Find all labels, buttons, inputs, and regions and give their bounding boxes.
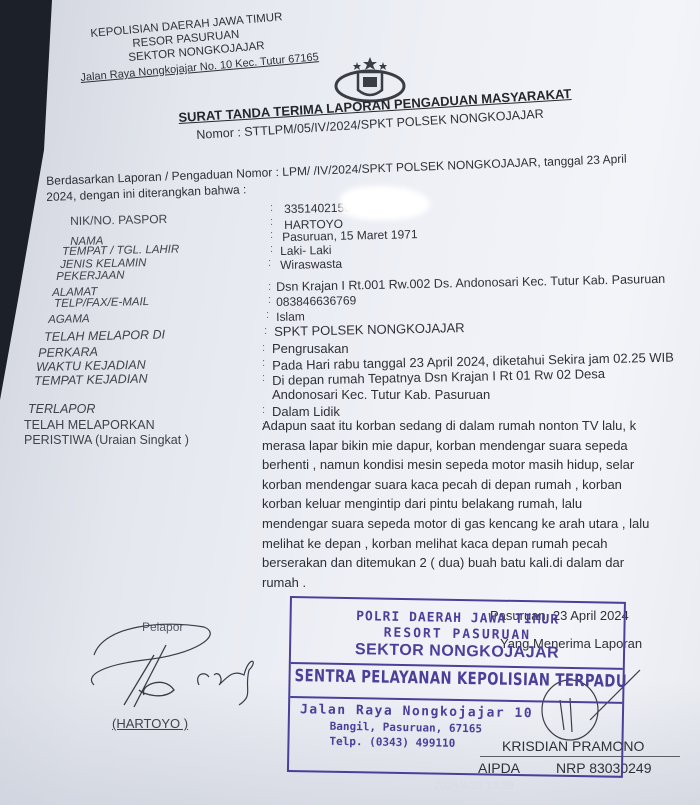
reporter-signature bbox=[84, 615, 284, 715]
stamp-line5: Jalan Raya Nongkojajar 10 bbox=[300, 702, 533, 721]
label-jenis-kelamin: JENIS KELAMIN bbox=[60, 257, 147, 271]
narrative-block: Adapun saat itu korban sedang di dalam r… bbox=[262, 416, 649, 592]
label-tempat-kejadian: TEMPAT KEJADIAN bbox=[34, 372, 148, 388]
colon: : bbox=[270, 216, 273, 228]
stamp-line4: SENTRA PELAYANAN KEPOLISIAN TERPADU bbox=[294, 666, 627, 692]
label-telah-melapor: TELAH MELAPOR DI bbox=[44, 327, 165, 344]
value-alamat: Dsn Krajan I Rt.001 Rw.002 Ds. Andonosar… bbox=[276, 272, 665, 294]
label-pekerjaan: PEKERJAAN bbox=[56, 270, 125, 283]
narrative-line: korban mendengar suara kaca pecah di dep… bbox=[262, 475, 649, 495]
narrative-line: rumah . bbox=[262, 573, 649, 593]
label-agama: AGAMA bbox=[48, 313, 90, 326]
value-jenis-kelamin: Laki- Laki bbox=[280, 243, 332, 258]
value-pekerjaan: Wiraswasta bbox=[280, 257, 342, 272]
narrative-line: mendengar suara sepeda motor di gas kenc… bbox=[262, 514, 649, 534]
stamp-line7: Telp. (0343) 499110 bbox=[329, 735, 455, 750]
value-telah-melapor: SPKT POLSEK NONGKOJAJAR bbox=[274, 320, 465, 339]
photo-timestamp-watermark: 2024/4/23 13:29 bbox=[434, 780, 514, 792]
narrative-line: melihat ke depan , korban melihat kaca d… bbox=[262, 534, 649, 554]
colon: : bbox=[262, 342, 265, 354]
official-stamp: POLRI DAERAH JAWA TIMUR RESORT PASURUAN … bbox=[287, 596, 626, 778]
label-telp: TELP/FAX/E-MAIL bbox=[54, 296, 149, 310]
label-telah-melaporkan: TELAH MELAPORKAN bbox=[24, 418, 155, 432]
colon: : bbox=[262, 404, 265, 416]
value-telp: 083846636769 bbox=[276, 293, 356, 309]
colon: : bbox=[268, 294, 271, 306]
value-agama: Islam bbox=[276, 309, 305, 324]
label-tempat-tgl-lahir: TEMPAT / TGL. LAHIR bbox=[62, 244, 179, 258]
colon: : bbox=[262, 372, 265, 384]
label-terlapor: TERLAPOR bbox=[28, 402, 95, 416]
colon: : bbox=[270, 243, 273, 255]
redaction-mark bbox=[340, 186, 430, 220]
colon: : bbox=[270, 229, 273, 241]
value-tempat-kejadian-2: Andonosari Kec. Tutur Kab. Pasuruan bbox=[272, 387, 490, 402]
narrative-line: korban keluar mengintip dari pintu belak… bbox=[262, 494, 649, 514]
narrative-line: berserakan dan ditemukan 2 ( dua) buah b… bbox=[262, 553, 649, 573]
label-perkara: PERKARA bbox=[38, 345, 98, 360]
colon: : bbox=[268, 257, 271, 269]
narrative-line: berhenti , namun kondisi mesin sepeda mo… bbox=[262, 455, 649, 475]
police-report-document: KEPOLISIAN DAERAH JAWA TIMUR RESOR PASUR… bbox=[0, 0, 700, 805]
colon: : bbox=[268, 281, 271, 293]
reporter-name: (HARTOYO ) bbox=[112, 716, 188, 731]
colon: : bbox=[266, 309, 269, 321]
colon: : bbox=[264, 325, 267, 337]
colon: : bbox=[270, 202, 273, 214]
narrative-line: merasa lapar bikin mie dapur, korban men… bbox=[262, 436, 649, 456]
value-tempat-tgl-lahir: Pasuruan, 15 Maret 1971 bbox=[282, 227, 418, 244]
colon: : bbox=[262, 357, 265, 369]
intro-line1: Berdasarkan Laporan / Pengaduan Nomor : … bbox=[46, 152, 627, 188]
value-perkara: Pengrusakan bbox=[272, 341, 349, 356]
narrative-line: Adapun saat itu korban sedang di dalam r… bbox=[262, 416, 649, 436]
label-nik: NIK/NO. PASPOR bbox=[70, 212, 167, 228]
label-peristiwa: PERISTIWA (Uraian Singkat ) bbox=[24, 433, 189, 447]
stamp-line6: Bangil, Pasuruan, 67165 bbox=[330, 720, 483, 736]
